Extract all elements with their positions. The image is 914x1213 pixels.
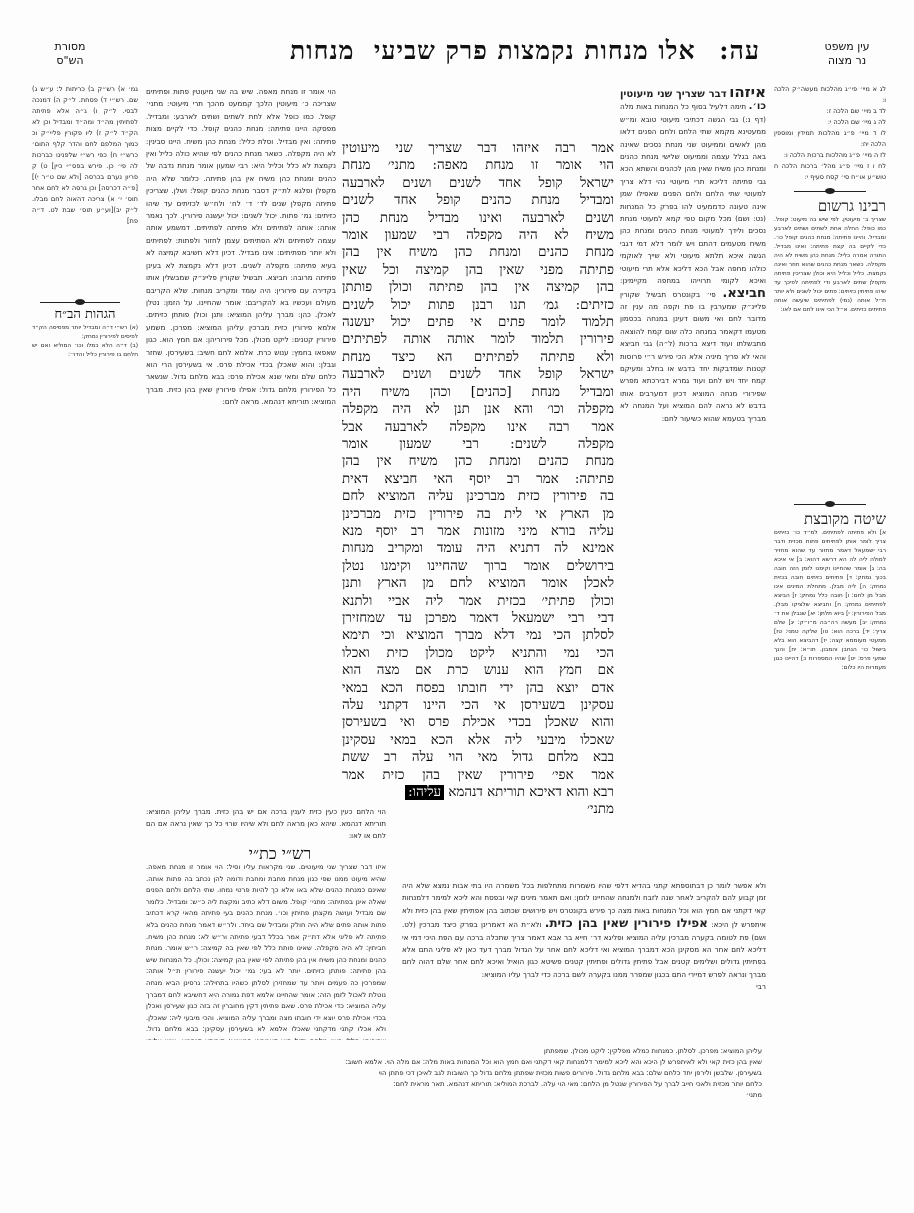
gemara-line: ישראל קופל אחד לשנים ושנים לארבעה (342, 366, 614, 383)
catchword: רבי (402, 981, 766, 993)
hadran-box: עליהו: (405, 785, 444, 800)
ein-mishpat-entry: לד ב מיי׳ שם הלכה ז: (774, 106, 886, 117)
ornament-divider (40, 298, 120, 306)
ein-mishpat-entry: לה ג מיי׳ שם הלכה י: (774, 117, 886, 128)
gemara-line: פתיתה מפני שאין בהן קמיצה וכל שאין (342, 262, 614, 279)
masoret-hashas-column: גמ׳ א) רש״ק ב) כריתות ל: ע״ש ג) שם. רש״י… (32, 84, 138, 294)
gemara-line: פירורין תלמוד לומר אותה אותה לפתיתים (342, 331, 614, 348)
masoret-hashas-label: מסורת הש"ס (40, 40, 100, 68)
ein-mishpat-entry: לו ד מיי׳ פ״ג מהלכות תמידין ומוספין הלכה… (774, 128, 886, 150)
gemara-line: אמר רבה איזהו דבר שצריך שני מיעוטין (342, 140, 614, 157)
ornament-divider (794, 187, 866, 195)
gemara-line: אמר רבה אינו מקפלה לארבעה אבל (342, 419, 614, 436)
rashi-line: כלחם יותר מכזית ולאכי חייב לברך על הפירו… (150, 1079, 762, 1090)
ein-mishpat-section: לג א מיי׳ פי״ג מהלכות מעשה״ק הלכה ו: לד … (774, 84, 886, 183)
page-title: עה: אלו מנחות נקמצות פרק שביעי מנחות (290, 36, 760, 66)
page-header: עין משפט נר מצוה עה: אלו מנחות נקמצות פר… (0, 36, 914, 76)
talmud-page: עין משפט נר מצוה עה: אלו מנחות נקמצות פר… (0, 0, 914, 1213)
tosafot-column: איזהו דבר שצריך שני מיעוטין כו׳. תימה דל… (620, 86, 766, 876)
tosafot-chaviza-text: פי׳ בקונטרס תבשיל שקורין פליינ״ק שמערבין… (620, 290, 766, 423)
gemara-line: ומבדיל מנחת כהנים קופל אחד לשנים (342, 192, 614, 209)
gemara-line: מן הארץ אי לית בה פירורין כזית מברכינן (342, 506, 614, 523)
tosafot-dibbur-afilu: אפילו פירורין שאין בהן כזית. (545, 916, 708, 930)
rashi-continuation: הוי הלחם כעין כעין כזית לענין ברכה אם יש… (146, 806, 386, 842)
gemara-line: אדם יוצא בהן ידי חובתו בפסח הכא במאי (342, 680, 614, 697)
right-margin-column: לג א מיי׳ פי״ג מהלכות מעשה״ק הלכה ו: לד … (774, 84, 886, 1124)
gemara-line: עסקינן בשעירסן אי הכי היינו דקתני עלה (342, 697, 614, 714)
ein-mishpat-entry: לח ו ז מיי׳ פ״ג מהל׳ ברכות הלכה ח טוש״ע … (774, 161, 886, 183)
tosafot-bottom-column: ולא אפשר לומר כן דבתוספתא קתני בהדיא דלפ… (402, 880, 766, 1050)
gemara-line: ושנים לארבעה ואינו מבדיל מנחת כהן (342, 210, 614, 227)
tractate-name: מנחות (290, 36, 354, 66)
hagahot-entry: (ב) ד״ה הלא כמלו וכו׳ המוליא ואם יש חלחם… (32, 342, 138, 360)
chapter-title: אלו מנחות נקמצות פרק שביעי (374, 36, 696, 65)
gemara-line: הוי אומר זו מנחת מאפה: מתני׳ מנחת (342, 157, 614, 174)
gemara-line: ומבדיל מנחת [כהנים] וכהן משיח היה (342, 384, 614, 401)
gemara-line: תלמוד לומר פתים אי פתים יכול יעשנה (342, 314, 614, 331)
gemara-line: כזיתים: גמ׳ תנו רבנן פתות יכול לשנים (342, 297, 614, 314)
gemara-line: דבי רבי ישמעאל דאמר מפרכן עד שמחזירן (342, 610, 614, 627)
gemara-line: בה פירורין כזית מברכינן עליה המוציא לחם (342, 488, 614, 505)
gemara-line: מנחת כהנים ומנחת כהן משיח אין בהן (342, 244, 614, 261)
gemara-line: מקפלה וכו׳ והא אנן תנן לא היה מקפלה (342, 401, 614, 418)
hagahot-entry: (א) רש״י ד״ה ומבדיל יותר מפסיסה הק״ד לפי… (32, 324, 138, 342)
ein-mishpat-label: עין משפט נר מצוה (812, 40, 882, 68)
gemara-line: רבא והוא דאיכא תוריתא דנהמא (448, 785, 614, 800)
folio-number: עה: (719, 36, 760, 65)
gemara-line: לאכלן אומר המוציא לחם מן הארץ ותנן (342, 575, 614, 592)
ein-mishpat-entry: לז ה מיי׳ פ״ג מהלכות ברכות הלכה ו: (774, 150, 886, 161)
gemara-line: שאכלו מיבעי ליה אלא הכא במאי עסקינן (342, 732, 614, 749)
gemara-line: לסלתן הכי נמי דלא מברך המוציא וכי תימא (342, 627, 614, 644)
rabbeinu-gershom-title: רבינו גרשום (774, 201, 886, 212)
gemara-text: אמר רבה איזהו דבר שצריך שני מיעוטין הוי … (342, 140, 614, 900)
rashi-continuation-text: הוי הלחם כעין כעין כזית לענין ברכה אם יש… (146, 808, 386, 840)
rabbeinu-gershom-text: שצריך ב׳ מיעוטין. לפי שיש בה מיעוט: קופל… (774, 216, 886, 486)
label-line: עין משפט (812, 40, 882, 54)
gemara-line: אמינא לה דתניא היה עומד ומקריב מנחות (342, 540, 614, 557)
ein-mishpat-entry: לג א מיי׳ פי״ג מהלכות מעשה״ק הלכה ו: (774, 84, 886, 106)
label-line: נר מצוה (812, 54, 882, 68)
gemara-line: והוא שאכלן בכדי אכילת פרס ואי בשעירסן (342, 714, 614, 731)
rashi-line: בשעירסן. שלבשן ולירפן יחד כלחם שלם: בבא … (150, 1068, 762, 1079)
hagahot-habach-column: (א) רש״י ד״ה ומבדיל יותר מפסיסה הק״ד לפי… (32, 324, 138, 384)
gemara-line: פתיתה: אמר רב יוסף האי חביצא דאית (342, 471, 614, 488)
label-line: מסורת (40, 40, 100, 54)
rashi-ktav-column: איזו דבר שצריך שני מיעוטים. שני מקראות ע… (146, 862, 386, 1040)
gemara-line: ישראל קופל אחד לשנים ושנים לארבעה (342, 175, 614, 192)
gemara-line: וכולן פתיתי׳ בכזית אמר ליה אביי ולתנא (342, 593, 614, 610)
rashi-bottom-fullwidth: עליהן המוציא: מפרכן. לסלתן. כמנחות כמלא … (150, 1046, 762, 1112)
tosafot-text: תימה דלעיל בסוף כל המנחות באות מלה (דף נ… (620, 102, 766, 285)
gemara-line: משיח לא היה מקפלה רבי שמעון אומר (342, 227, 614, 244)
gemara-line: מנחת כהנים ומנחת כהן משיח אין בהן (342, 453, 614, 470)
tosafot-dibbur-chaviza: חביצא. (722, 286, 766, 301)
masoret-hashas-text: גמ׳ א) רש״ק ב) כריתות ל: ע״ש ג) שם. רש״י… (32, 85, 138, 225)
gemara-line: ולא פתיתה לפתיתים הא כיצד מנחת (342, 349, 614, 366)
gemara-line: מקפלה לשנים: רבי שמעון אומר (342, 436, 614, 453)
gemara-line: בהן קמיצה אין בהן פתיתה וכולן פותתן (342, 279, 614, 296)
shita-mekubetzet-text: א] ולא פתיתה לפתיתים. למ״ד כו׳ כזיתים צר… (774, 529, 886, 949)
rashi-text: הוי אומר זו מנחת מאפה. שיש בה שני מיעוטי… (146, 87, 336, 406)
gemara-line: אם חמץ הוא ענוש כרת אם מצה הוא (342, 662, 614, 679)
ornament-divider (794, 500, 866, 508)
rashi-column: הוי אומר זו מנחת מאפה. שיש בה שני מיעוטי… (146, 86, 336, 806)
shita-mekubetzet-title: שיטה מקובצת (774, 514, 886, 525)
label-line: הש"ס (40, 54, 100, 68)
tosafot-top-extension (402, 86, 620, 148)
rashi-ktav-text: איזו דבר שצריך שני מיעוטים. שני מקראות ע… (146, 863, 386, 1040)
rashi-line: שאין בהן כזית קאי ולא לאיתפרש לן היכא וה… (150, 1057, 762, 1068)
rashi-line: עליהן המוציא: מפרכן. לסלתן. כמנחות כמלא … (150, 1046, 762, 1057)
hagahot-habach-title: הגהות הב״ח (32, 306, 138, 322)
rashi-ktav-title: רש״י כת״י (220, 844, 340, 864)
gemara-line-last: רבא והוא דאיכא תוריתא דנהמא עליהו: (342, 784, 614, 801)
gemara-line: בירושלים אומר ברוך שהחיינו וקימנו נטלן (342, 558, 614, 575)
gemara-line: אמר אפי׳ פירורין שאין בהן כזית אמר (342, 767, 614, 784)
tosafot-opening-word: איזהו (729, 86, 766, 101)
gemara-line: בבא מלחם גדול מאי הוי עלה רב ששת (342, 749, 614, 766)
gemara-line: הכי נמי והתניא ליקט מכולן כזית ואכלו (342, 645, 614, 662)
gemara-line: עליה בורא מיני מזונות אמר רב יוסף מנא (342, 523, 614, 540)
mishnah-marker: מתני׳ (150, 1090, 762, 1101)
